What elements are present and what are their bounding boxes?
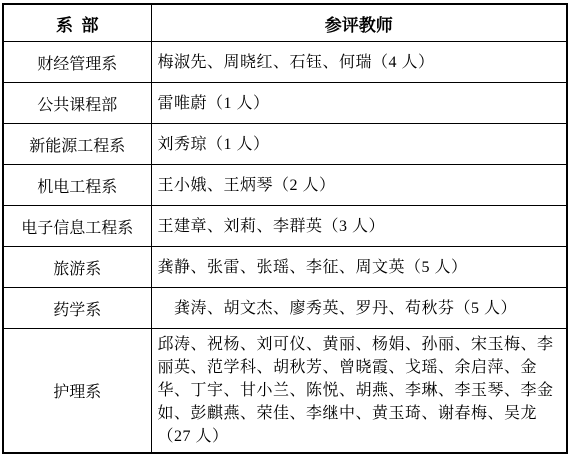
table-row: 财经管理系 梅淑先、周晓红、石钰、何瑞（4 人） bbox=[3, 42, 567, 83]
table-row: 公共课程部 雷唯蔚（1 人） bbox=[3, 83, 567, 124]
dept-cell: 护理系 bbox=[3, 329, 151, 454]
table-row: 旅游系 龚静、张雷、张瑶、李征、周文英（5 人） bbox=[3, 247, 567, 288]
teachers-cell: 王小娥、王炳琴（2 人） bbox=[151, 165, 567, 206]
teachers-column-header: 参评教师 bbox=[151, 4, 567, 42]
dept-cell: 机电工程系 bbox=[3, 165, 151, 206]
teachers-cell: 龚涛、胡文杰、廖秀英、罗丹、苟秋芬（5 人） bbox=[151, 288, 567, 329]
table-row: 机电工程系 王小娥、王炳琴（2 人） bbox=[3, 165, 567, 206]
dept-cell: 药学系 bbox=[3, 288, 151, 329]
dept-cell: 新能源工程系 bbox=[3, 124, 151, 165]
dept-cell: 电子信息工程系 bbox=[3, 206, 151, 247]
dept-cell: 旅游系 bbox=[3, 247, 151, 288]
teachers-cell: 雷唯蔚（1 人） bbox=[151, 83, 567, 124]
dept-cell: 公共课程部 bbox=[3, 83, 151, 124]
teachers-cell: 王建章、刘莉、李群英（3 人） bbox=[151, 206, 567, 247]
dept-cell: 财经管理系 bbox=[3, 42, 151, 83]
teachers-cell: 邱涛、祝杨、刘可仪、黄丽、杨娟、孙丽、宋玉梅、李丽英、范学科、胡秋芳、曾晓霞、戈… bbox=[151, 329, 567, 454]
table-row: 药学系 龚涛、胡文杰、廖秀英、罗丹、苟秋芬（5 人） bbox=[3, 288, 567, 329]
table-header-row: 系 部 参评教师 bbox=[3, 4, 567, 42]
teachers-cell: 刘秀琼（1 人） bbox=[151, 124, 567, 165]
table-row: 电子信息工程系 王建章、刘莉、李群英（3 人） bbox=[3, 206, 567, 247]
dept-column-header: 系 部 bbox=[3, 4, 151, 42]
table-row: 护理系 邱涛、祝杨、刘可仪、黄丽、杨娟、孙丽、宋玉梅、李丽英、范学科、胡秋芳、曾… bbox=[3, 329, 567, 454]
table-row: 新能源工程系 刘秀琼（1 人） bbox=[3, 124, 567, 165]
teachers-cell: 龚静、张雷、张瑶、李征、周文英（5 人） bbox=[151, 247, 567, 288]
teachers-cell: 梅淑先、周晓红、石钰、何瑞（4 人） bbox=[151, 42, 567, 83]
teachers-table: 系 部 参评教师 财经管理系 梅淑先、周晓红、石钰、何瑞（4 人） 公共课程部 … bbox=[2, 3, 568, 454]
document-page: 系 部 参评教师 财经管理系 梅淑先、周晓红、石钰、何瑞（4 人） 公共课程部 … bbox=[0, 0, 573, 462]
